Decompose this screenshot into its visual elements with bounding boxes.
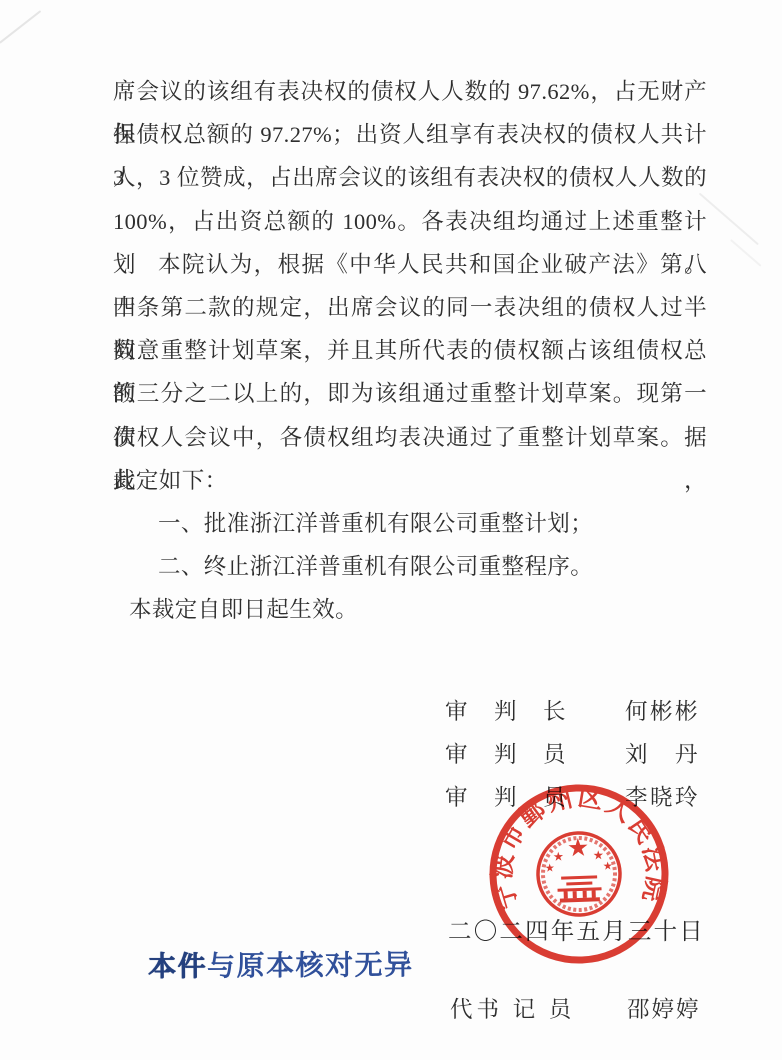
verification-stamp: 本件与原本核对无异 [148, 949, 414, 985]
paper-background: 席会议的该组有表决权的债权人人数的 97.62%，占无财产担保债权总额的 97.… [0, 0, 782, 1060]
verification-stamp-prefix: 本件 [148, 952, 207, 983]
court-seal: 宁波市鄞州区人民法院 [465, 760, 693, 988]
judge-title: 审 判 长 [445, 690, 568, 733]
clerk-title: 代书 记 员 [450, 996, 575, 1024]
body-line: 四条第二款的规定，出席会议的同一表决组的债权人过半数 [113, 286, 707, 329]
signature-row: 审 判 长 何彬彬 [445, 690, 735, 733]
body-line: 的三分之二以上的，即为该组通过重整计划草案。现第一次 [113, 372, 707, 415]
body-line: 债权人会议中，各债权组均表决通过了重整计划草案。据此， [113, 416, 707, 459]
body-line: 100%，占出资总额的 100%。各表决组均通过上述重整计划。 [113, 200, 707, 243]
body-line: 保债权总额的 97.27%；出资人组享有表决权的债权人共计 3 [113, 113, 707, 156]
body-line: 席会议的该组有表决权的债权人人数的 97.62%，占无财产担 [113, 70, 707, 113]
judge-name: 何彬彬 [625, 690, 700, 733]
scanned-court-ruling-page: { "document": { "body_lines": [ {"text":… [0, 0, 782, 1060]
clerk-name: 邵婷婷 [627, 996, 701, 1024]
verification-stamp-rest: 与原本核对无异 [207, 950, 414, 982]
scan-crease-right [699, 193, 759, 245]
body-line: 一、批准浙江洋普重机有限公司重整计划； [113, 502, 707, 545]
body-line: 二、终止浙江洋普重机有限公司重整程序。 [113, 545, 707, 588]
body-line: 本院认为，根据《中华人民共和国企业破产法》第八十 [113, 243, 707, 286]
body-line: 本裁定自即日起生效。 [113, 588, 707, 631]
national-emblem-icon [537, 832, 622, 917]
body-line: 人，3 位赞成，占出席会议的该组有表决权的债权人人数的 [113, 156, 707, 199]
body-text: 席会议的该组有表决权的债权人人数的 97.62%，占无财产担保债权总额的 97.… [113, 70, 707, 631]
body-line: 同意重整计划草案，并且其所代表的债权额占该组债权总额 [113, 329, 707, 372]
scan-crease-topleft [0, 10, 41, 43]
